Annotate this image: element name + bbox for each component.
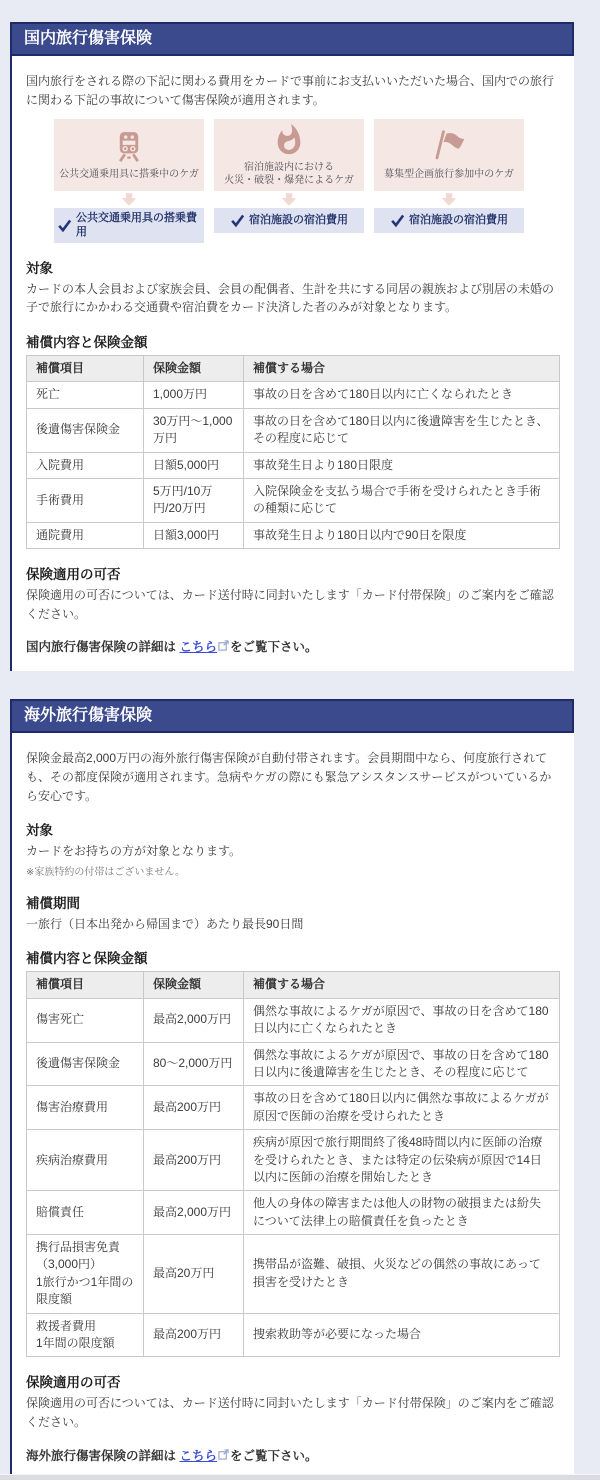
overseas-section-body: 保険金最高2,000万円の海外旅行傷害保険が自動付帯されます。会員期間中なら、何… (12, 733, 574, 1479)
overseas-detail-link[interactable]: こちら (179, 1449, 217, 1463)
table-row: 携行品損害免責（3,000円） 1旅行かつ1年間の限度額 最高20万円 携帯品が… (27, 1235, 560, 1314)
coverage-card-tour: 募集型企画旅行参加中のケガ 宿泊施設の宿泊費用 (374, 119, 524, 242)
domestic-insurance-section: 国内旅行傷害保険 国内旅行をされる際の下記に関わる費用をカードで事前にお支払いい… (10, 22, 574, 671)
col-header: 保険金額 (144, 972, 244, 998)
table-row: 傷害治療費用 最高200万円 事故の日を含めて180日以内に偶然な事故によるケガ… (27, 1086, 560, 1130)
overseas-section-title: 海外旅行傷害保険 (10, 699, 574, 733)
cell-condition: 事故発生日より180日以内で90日を限度 (244, 522, 560, 548)
overseas-intro-text: 保険金最高2,000万円の海外旅行傷害保険が自動付帯されます。会員期間中なら、何… (26, 749, 560, 805)
cell-item: 傷害死亡 (27, 998, 144, 1042)
coverage-cause-label: 宿泊施設内における 火災・破裂・爆発によるケガ (224, 161, 354, 187)
detail-link-line: 海外旅行傷害保険の詳細は こちらをご覧下さい。 (26, 1446, 560, 1464)
target-heading: 対象 (26, 257, 560, 277)
table-row: 通院費用 日額3,000円 事故発生日より180日以内で90日を限度 (27, 522, 560, 548)
coverage-card-transport: 公共交通乗用具に搭乗中のケガ 公共交通乗用具の搭乗費用 (54, 119, 204, 242)
detail-prefix: 海外旅行傷害保険の詳細は (26, 1449, 179, 1463)
col-header: 補償項目 (27, 355, 144, 381)
cell-item: 手術費用 (27, 478, 144, 522)
coverage-cause-box: 公共交通乗用具に搭乗中のケガ (54, 119, 204, 191)
cell-condition: 入院保険金を支払う場合で手術を受けられたとき手術の種類に応じて (244, 478, 560, 522)
period-text: 一旅行（日本出発から帰国まで）あたり最長90日間 (26, 915, 560, 934)
overseas-benefits-table: 補償項目 保険金額 補償する場合 傷害死亡 最高2,000万円 偶然な事故による… (26, 971, 560, 1357)
detail-suffix: をご覧下さい。 (230, 1449, 318, 1463)
table-row: 死亡 1,000万円 事故の日を含めて180日以内に亡くなられたとき (27, 382, 560, 408)
cell-condition: 事故の日を含めて180日以内に後遺障害を生じたとき、その程度に応じて (244, 408, 560, 452)
col-header: 補償する場合 (244, 972, 560, 998)
cell-amount: 5万円/10万円/20万円 (144, 478, 244, 522)
overseas-insurance-section: 海外旅行傷害保険 保険金最高2,000万円の海外旅行傷害保険が自動付帯されます。… (10, 699, 574, 1479)
cell-condition: 疾病が原因で旅行期間終了後48時間以内に医師の治療を受けられたとき、または特定の… (244, 1130, 560, 1191)
train-icon (112, 130, 146, 164)
period-heading: 補償期間 (26, 892, 560, 912)
applicability-heading: 保険適用の可否 (26, 563, 560, 583)
cell-amount: 最高20万円 (144, 1235, 244, 1314)
coverage-cause-label: 募集型企画旅行参加中のケガ (384, 168, 514, 181)
applicability-heading: 保険適用の可否 (26, 1371, 560, 1391)
coverage-benefit-box: 公共交通乗用具の搭乗費用 (54, 208, 204, 242)
cell-item: 入院費用 (27, 452, 144, 478)
cell-item: 傷害治療費用 (27, 1086, 144, 1130)
coverage-cause-label: 公共交通乗用具に搭乗中のケガ (59, 168, 199, 181)
cell-item: 死亡 (27, 382, 144, 408)
table-row: 傷害死亡 最高2,000万円 偶然な事故によるケガが原因で、事故の日を含めて18… (27, 998, 560, 1042)
cell-condition: 偶然な事故によるケガが原因で、事故の日を含めて180日以内に亡くなられたとき (244, 998, 560, 1042)
coverage-cards: 公共交通乗用具に搭乗中のケガ 公共交通乗用具の搭乗費用 (54, 119, 560, 242)
col-header: 補償する場合 (244, 355, 560, 381)
check-icon (390, 213, 405, 228)
domestic-detail-link[interactable]: こちら (179, 640, 217, 654)
cell-item: 疾病治療費用 (27, 1130, 144, 1191)
cell-amount: 日額5,000円 (144, 452, 244, 478)
check-icon (230, 213, 245, 228)
cell-condition: 携帯品が盗難、破損、火災などの偶然の事故にあって損害を受けたとき (244, 1235, 560, 1314)
footer-top-edge (0, 1474, 600, 1480)
cell-condition: 他人の身体の障害または他人の財物の破損または紛失について法律上の賠償責任を負った… (244, 1191, 560, 1235)
target-text: カードをお持ちの方が対象となります。 (26, 842, 560, 861)
target-heading: 対象 (26, 819, 560, 839)
table-row: 後遺傷害保険金 30万円～1,000万円 事故の日を含めて180日以内に後遺障害… (27, 408, 560, 452)
table-header-row: 補償項目 保険金額 補償する場合 (27, 972, 560, 998)
applicability-text: 保険適用の可否については、カード送付時に同封いたします「カード付帯保険」のご案内… (26, 1394, 560, 1431)
coverage-benefit-label: 公共交通乗用具の搭乗費用 (76, 212, 201, 238)
cell-condition: 事故の日を含めて180日以内に偶然な事故によるケガが原因で医師の治療を受けられた… (244, 1086, 560, 1130)
col-header: 保険金額 (144, 355, 244, 381)
cell-condition: 偶然な事故によるケガが原因で、事故の日を含めて180日以内に後遺障害を生じたとき… (244, 1042, 560, 1086)
flag-icon (432, 130, 466, 164)
down-arrow-icon (374, 193, 524, 206)
external-link-icon (218, 640, 229, 654)
applicability-text: 保険適用の可否については、カード送付時に同封いたします「カード付帯保険」のご案内… (26, 586, 560, 623)
table-row: 手術費用 5万円/10万円/20万円 入院保険金を支払う場合で手術を受けられたと… (27, 478, 560, 522)
external-link-icon (218, 1449, 229, 1463)
cell-item: 救援者費用 1年間の限度額 (27, 1313, 144, 1357)
cell-amount: 最高2,000万円 (144, 1191, 244, 1235)
table-row: 後遺傷害保険金 80～2,000万円 偶然な事故によるケガが原因で、事故の日を含… (27, 1042, 560, 1086)
cell-item: 通院費用 (27, 522, 144, 548)
cell-amount: 最高2,000万円 (144, 998, 244, 1042)
benefits-heading: 補償内容と保険金額 (26, 331, 560, 351)
cell-amount: 最高200万円 (144, 1313, 244, 1357)
cell-item: 後遺傷害保険金 (27, 1042, 144, 1086)
coverage-benefit-box: 宿泊施設の宿泊費用 (374, 208, 524, 233)
coverage-benefit-box: 宿泊施設の宿泊費用 (214, 208, 364, 233)
fire-icon (272, 123, 306, 157)
check-icon (57, 218, 72, 233)
cell-condition: 事故発生日より180日限度 (244, 452, 560, 478)
coverage-benefit-label: 宿泊施設の宿泊費用 (409, 214, 508, 227)
cell-amount: 最高200万円 (144, 1130, 244, 1191)
cell-amount: 最高200万円 (144, 1086, 244, 1130)
benefits-heading: 補償内容と保険金額 (26, 947, 560, 967)
cell-amount: 30万円～1,000万円 (144, 408, 244, 452)
domestic-section-body: 国内旅行をされる際の下記に関わる費用をカードで事前にお支払いいただいた場合、国内… (12, 56, 574, 671)
coverage-cause-box: 宿泊施設内における 火災・破裂・爆発によるケガ (214, 119, 364, 191)
cell-item: 賠償責任 (27, 1191, 144, 1235)
detail-suffix: をご覧下さい。 (230, 640, 318, 654)
target-note: ※家族特約の付帯はございません。 (26, 863, 560, 878)
col-header: 補償項目 (27, 972, 144, 998)
detail-link-line: 国内旅行傷害保険の詳細は こちらをご覧下さい。 (26, 637, 560, 655)
table-row: 疾病治療費用 最高200万円 疾病が原因で旅行期間終了後48時間以内に医師の治療… (27, 1130, 560, 1191)
cell-item: 携行品損害免責（3,000円） 1旅行かつ1年間の限度額 (27, 1235, 144, 1314)
table-header-row: 補償項目 保険金額 補償する場合 (27, 355, 560, 381)
domestic-section-title: 国内旅行傷害保険 (10, 22, 574, 56)
cell-condition: 捜索救助等が必要になった場合 (244, 1313, 560, 1357)
cell-amount: 日額3,000円 (144, 522, 244, 548)
cell-amount: 80～2,000万円 (144, 1042, 244, 1086)
cell-amount: 1,000万円 (144, 382, 244, 408)
domestic-intro-text: 国内旅行をされる際の下記に関わる費用をカードで事前にお支払いいただいた場合、国内… (26, 72, 560, 109)
table-row: 救援者費用 1年間の限度額 最高200万円 捜索救助等が必要になった場合 (27, 1313, 560, 1357)
down-arrow-icon (214, 193, 364, 206)
table-row: 入院費用 日額5,000円 事故発生日より180日限度 (27, 452, 560, 478)
table-row: 賠償責任 最高2,000万円 他人の身体の障害または他人の財物の破損または紛失に… (27, 1191, 560, 1235)
coverage-card-fire: 宿泊施設内における 火災・破裂・爆発によるケガ 宿泊施設の宿泊費用 (214, 119, 364, 242)
detail-prefix: 国内旅行傷害保険の詳細は (26, 640, 179, 654)
domestic-benefits-table: 補償項目 保険金額 補償する場合 死亡 1,000万円 事故の日を含めて180日… (26, 355, 560, 549)
coverage-cause-box: 募集型企画旅行参加中のケガ (374, 119, 524, 191)
target-text: カードの本人会員および家族会員、会員の配偶者、生計を共にする同居の親族および別居… (26, 280, 560, 317)
down-arrow-icon (54, 193, 204, 206)
coverage-benefit-label: 宿泊施設の宿泊費用 (249, 214, 348, 227)
cell-condition: 事故の日を含めて180日以内に亡くなられたとき (244, 382, 560, 408)
cell-item: 後遺傷害保険金 (27, 408, 144, 452)
